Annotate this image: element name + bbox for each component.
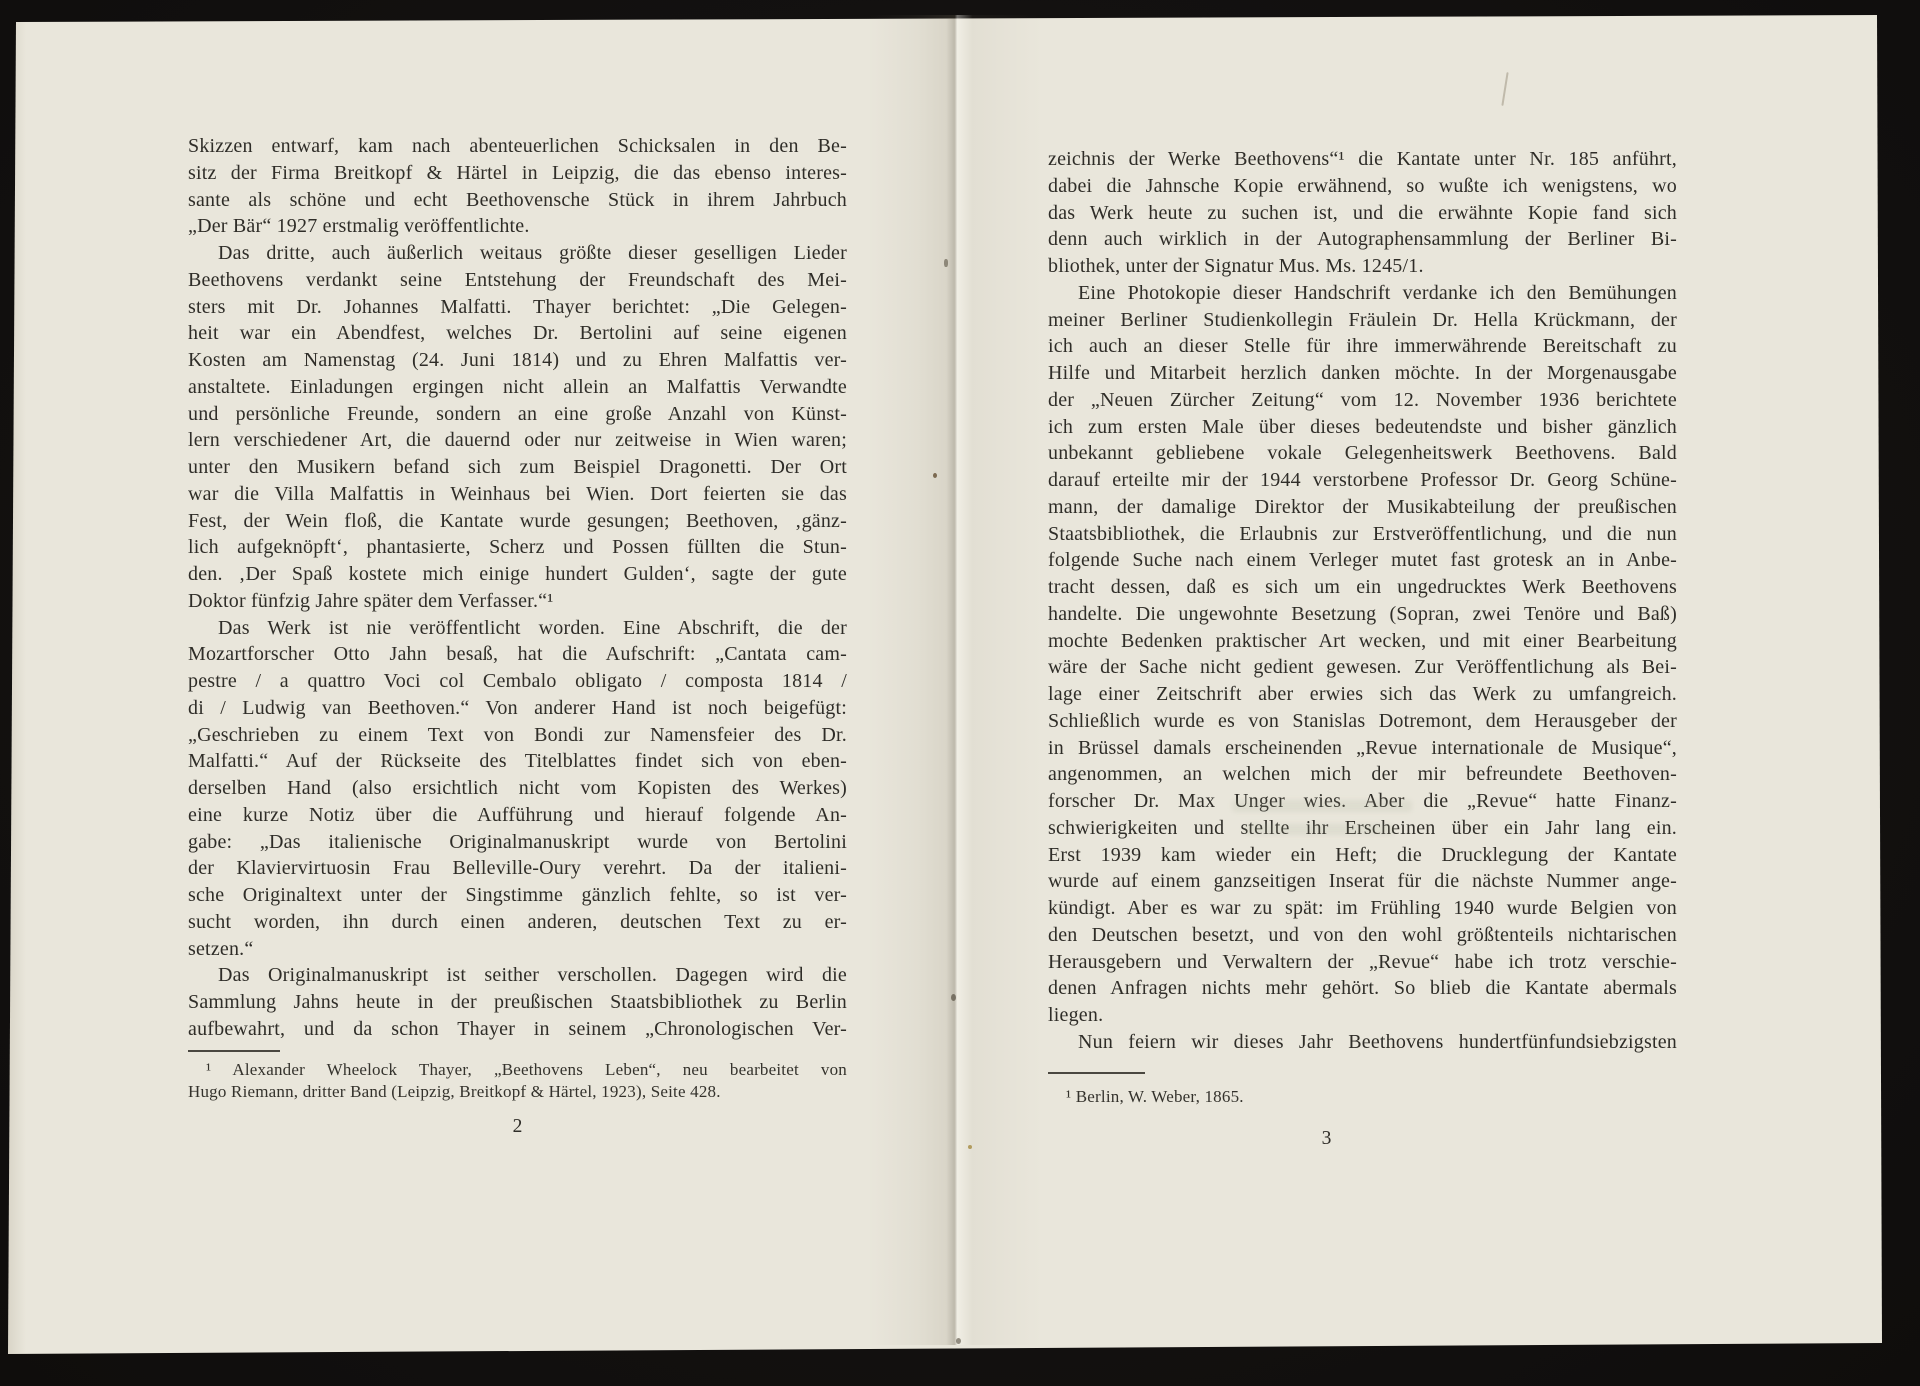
text-line: tracht dessen, daß es sich um ein ungedr… xyxy=(1048,574,1677,601)
text-line: sche Originaltext unter der Singstimme g… xyxy=(188,882,847,909)
text-line: lage einer Zeitschrift aber erwies sich … xyxy=(1048,681,1677,708)
text-line: der Klaviervirtuosin Frau Belleville-Our… xyxy=(188,855,847,882)
text-line: Sammlung Jahns heute in der preußischen … xyxy=(188,989,847,1016)
text-line: Das dritte, auch äußerlich weitaus größt… xyxy=(188,240,847,267)
text-line: denen Anfragen nichts mehr gehört. So bl… xyxy=(1048,975,1677,1002)
right-page-footnote: ¹ Berlin, W. Weber, 1865. xyxy=(1048,1086,1677,1108)
text-line: Mozartforscher Otto Jahn besaß, hat die … xyxy=(188,641,847,668)
text-line: anstaltete. Einladungen ergingen nicht a… xyxy=(188,374,847,401)
text-line: Schließlich wurde es von Stanislas Dotre… xyxy=(1048,708,1677,735)
text-line: ich zum ersten Male über dieses bedeuten… xyxy=(1048,414,1677,441)
paper-speck xyxy=(933,473,937,478)
text-line: Erst 1939 kam wieder ein Heft; die Druck… xyxy=(1048,842,1677,869)
right-page-number: 3 xyxy=(1012,1128,1641,1150)
text-line: sucht worden, ihn durch einen anderen, d… xyxy=(188,909,847,936)
text-line: denn auch wirklich in der Autographensam… xyxy=(1048,226,1677,253)
text-line: derselben Hand (also ersichtlich nicht v… xyxy=(188,775,847,802)
text-line: Beethovens verdankt seine Entstehung der… xyxy=(188,267,847,294)
text-line: war die Villa Malfattis in Weinhaus bei … xyxy=(188,481,847,508)
text-line: zeichnis der Werke Beethovens“¹ die Kant… xyxy=(1048,146,1677,173)
text-line: Skizzen entwarf, kam nach abenteuerliche… xyxy=(188,133,847,160)
fold-nick xyxy=(956,1338,961,1344)
text-line: lern verschiedener Art, die dauernd oder… xyxy=(188,427,847,454)
text-line: Das Werk ist nie veröffentlicht worden. … xyxy=(188,615,847,642)
text-line: Staatsbibliothek, die Erlaubnis zur Erst… xyxy=(1048,521,1677,548)
text-line: ¹ Berlin, W. Weber, 1865. xyxy=(1048,1086,1677,1108)
text-line: Hugo Riemann, dritter Band (Leipzig, Bre… xyxy=(188,1081,847,1103)
text-line: Hilfe und Mitarbeit herzlich danken möch… xyxy=(1048,360,1677,387)
text-line: Malfatti.“ Auf der Rückseite des Titelbl… xyxy=(188,748,847,775)
text-line: sante als schöne und echt Beethovensche … xyxy=(188,187,847,214)
ink-show-through xyxy=(1244,824,1394,835)
text-line: Fest, der Wein floß, die Kantate wurde g… xyxy=(188,508,847,535)
right-footnote-separator xyxy=(1048,1072,1145,1074)
left-page-body-text: Skizzen entwarf, kam nach abenteuerliche… xyxy=(188,133,847,1043)
text-line: sitz der Firma Breitkopf & Härtel in Lei… xyxy=(188,160,847,187)
text-line: unbekannt gebliebene vokale Gelegenheits… xyxy=(1048,440,1677,467)
text-line: darauf erteilte mir der 1944 verstorbene… xyxy=(1048,467,1677,494)
text-line: heit war ein Abendfest, welches Dr. Bert… xyxy=(188,320,847,347)
text-line: und persönliche Freunde, sondern an eine… xyxy=(188,401,847,428)
text-line: sters mit Dr. Johannes Malfatti. Thayer … xyxy=(188,294,847,321)
text-line: unter den Musikern befand sich zum Beisp… xyxy=(188,454,847,481)
text-line: meiner Berliner Studienkollegin Fräulein… xyxy=(1048,307,1677,334)
text-line: eine kurze Notiz über die Aufführung und… xyxy=(188,802,847,829)
right-page-body-text: zeichnis der Werke Beethovens“¹ die Kant… xyxy=(1048,146,1677,1056)
text-line: setzen.“ xyxy=(188,936,847,963)
text-line: das Werk heute zu suchen ist, und die er… xyxy=(1048,200,1677,227)
text-line: aufbewahrt, und da schon Thayer in seine… xyxy=(188,1016,847,1043)
text-line: pestre / a quattro Voci col Cembalo obli… xyxy=(188,668,847,695)
text-line: „Geschrieben zu einem Text von Bondi zur… xyxy=(188,722,847,749)
text-line: wäre der Sache nicht gedient gewesen. Zu… xyxy=(1048,654,1677,681)
text-line: der „Neuen Zürcher Zeitung“ vom 12. Nove… xyxy=(1048,387,1677,414)
text-line: dabei die Jahnsche Kopie erwähnend, so w… xyxy=(1048,173,1677,200)
text-line: mann, der damalige Direktor der Musikabt… xyxy=(1048,494,1677,521)
text-line: handelte. Die ungewohnte Besetzung (Sopr… xyxy=(1048,601,1677,628)
text-line: Das Originalmanuskript ist seither versc… xyxy=(188,962,847,989)
text-line: Doktor fünfzig Jahre später dem Verfasse… xyxy=(188,588,847,615)
left-page-footnote: ¹ Alexander Wheelock Thayer, „Beethovens… xyxy=(188,1059,847,1102)
paper-speck xyxy=(968,1145,972,1149)
text-line: den Deutschen besetzt, und von den wohl … xyxy=(1048,922,1677,949)
fold-nick xyxy=(951,994,956,1001)
text-line: Kosten am Namenstag (24. Juni 1814) und … xyxy=(188,347,847,374)
scanned-book-photo: Skizzen entwarf, kam nach abenteuerliche… xyxy=(0,0,1920,1386)
text-line: folgende Suche nach einem Verleger mutet… xyxy=(1048,547,1677,574)
text-line: lich aufgeknöpft‘, phantasierte, Scherz … xyxy=(188,534,847,561)
text-line: wurde auf einem ganzseitigen Inserat für… xyxy=(1048,868,1677,895)
text-line: gabe: „Das italienische Originalmanuskri… xyxy=(188,829,847,856)
fold-nick xyxy=(944,259,948,267)
text-line: bliothek, unter der Signatur Mus. Ms. 12… xyxy=(1048,253,1677,280)
text-line: Eine Photokopie dieser Handschrift verda… xyxy=(1048,280,1677,307)
text-line: Herausgebern und Verwaltern der „Revue“ … xyxy=(1048,949,1677,976)
text-line: mochte Bedenken praktischer Art wecken, … xyxy=(1048,628,1677,655)
left-footnote-separator xyxy=(188,1050,280,1052)
text-line: den. ‚Der Spaß kostete mich einige hunde… xyxy=(188,561,847,588)
text-line: kündigt. Aber es war zu spät: im Frühlin… xyxy=(1048,895,1677,922)
left-page-number: 2 xyxy=(188,1116,847,1138)
text-line: liegen. xyxy=(1048,1002,1677,1029)
text-line: in Brüssel damals erscheinenden „Revue i… xyxy=(1048,735,1677,762)
text-line: Nun feiern wir dieses Jahr Beethovens hu… xyxy=(1048,1029,1677,1056)
ink-show-through xyxy=(1232,800,1412,812)
text-line: di / Ludwig van Beethoven.“ Von anderer … xyxy=(188,695,847,722)
text-line: ¹ Alexander Wheelock Thayer, „Beethovens… xyxy=(188,1059,847,1081)
text-line: angenommen, an welchen mich der mir befr… xyxy=(1048,761,1677,788)
text-line: ich auch an dieser Stelle für ihre immer… xyxy=(1048,333,1677,360)
text-line: „Der Bär“ 1927 erstmalig veröffentlichte… xyxy=(188,213,847,240)
